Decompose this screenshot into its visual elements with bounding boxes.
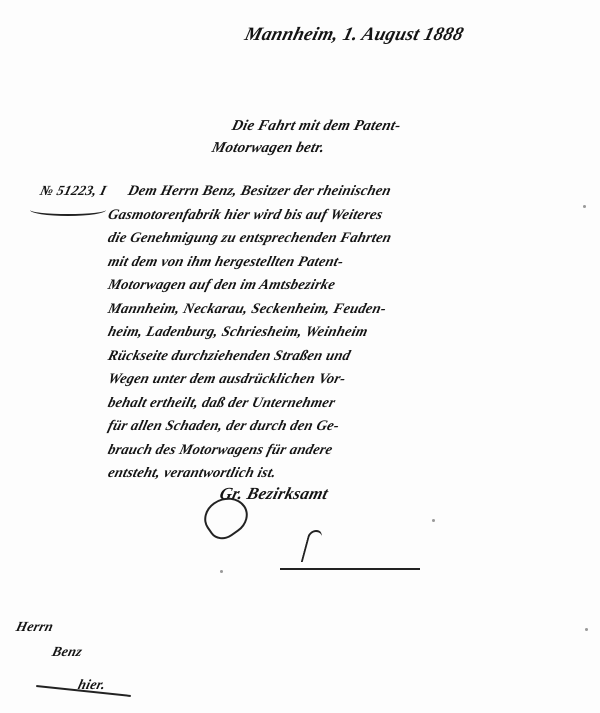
dateline: Mannheim, 1. August 1888 [242,24,465,46]
body-line: für allen Schaden, der durch den Ge- [105,415,394,439]
body-text: Dem Herrn Benz, Besitzer der rheinischen… [108,180,391,486]
subject-line-1: Die Fahrt mit dem Patent- [230,118,403,135]
addressee-line-1: Herrn [14,620,55,636]
reference-underline [30,204,106,216]
subject-line-2: Motorwagen betr. [210,140,327,157]
paper-speck [220,570,223,573]
reference-number: № 51223, I [38,184,108,200]
paper-speck [583,205,586,208]
body-line: brauch des Motorwagens für andere [105,439,394,463]
body-line: die Genehmigung zu entsprechenden Fahrte… [105,227,394,251]
body-line: mit dem von ihm hergestellten Patent- [105,251,394,275]
body-line: Dem Herrn Benz, Besitzer der rheinischen [125,180,414,204]
body-line: Rückseite durchziehenden Straßen und [105,345,394,369]
paper-speck [585,628,588,631]
body-line: Motorwagen auf den im Amtsbezirke [105,274,394,298]
signature-underline [280,568,420,570]
signature-stroke [301,530,324,562]
body-line: heim, Ladenburg, Schriesheim, Weinheim [105,321,394,345]
body-line: behalt ertheilt, daß der Unternehmer [105,392,394,416]
document-page: Mannheim, 1. August 1888 Die Fahrt mit d… [0,0,600,713]
body-line: Wegen unter dem ausdrücklichen Vor- [105,368,394,392]
body-line: Gasmotorenfabrik hier wird bis auf Weite… [105,204,394,228]
addressee-line-2: Benz [50,645,84,661]
paper-speck [432,519,435,522]
body-line: Mannheim, Neckarau, Seckenheim, Feuden- [105,298,394,322]
body-line: entsteht, verantwortlich ist. [105,462,394,486]
